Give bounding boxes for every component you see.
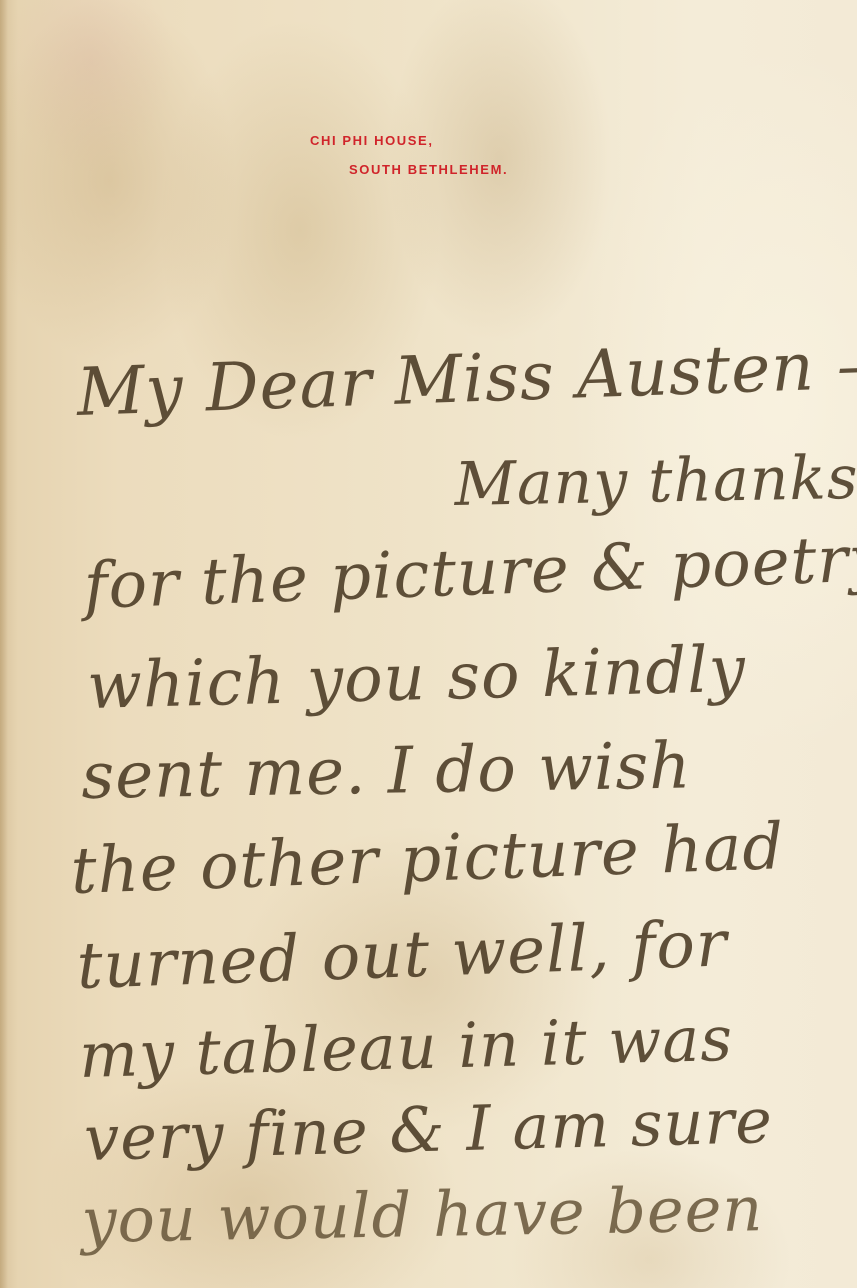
body-line-4: sent me. I do wish (81, 734, 692, 809)
letter-page: CHI PHI HOUSE, SOUTH BETHLEHEM. My Dear … (0, 0, 857, 1288)
body-line-3: which you so kindly (86, 638, 746, 719)
body-line-5: the other picture had (70, 815, 786, 904)
body-line-9: you would have been (81, 1178, 764, 1252)
body-line-7: my tableau in it was (78, 1008, 733, 1087)
salutation: My Dear Miss Austen — (76, 331, 857, 426)
body-line-1: Many thanks (454, 448, 857, 515)
body-line-2: for the picture & poetry (83, 527, 857, 619)
body-line-6: turned out well, for (76, 912, 729, 999)
body-line-8: very fine & I am sure (83, 1090, 773, 1170)
handwritten-body: My Dear Miss Austen — Many thanks for th… (0, 0, 857, 1288)
